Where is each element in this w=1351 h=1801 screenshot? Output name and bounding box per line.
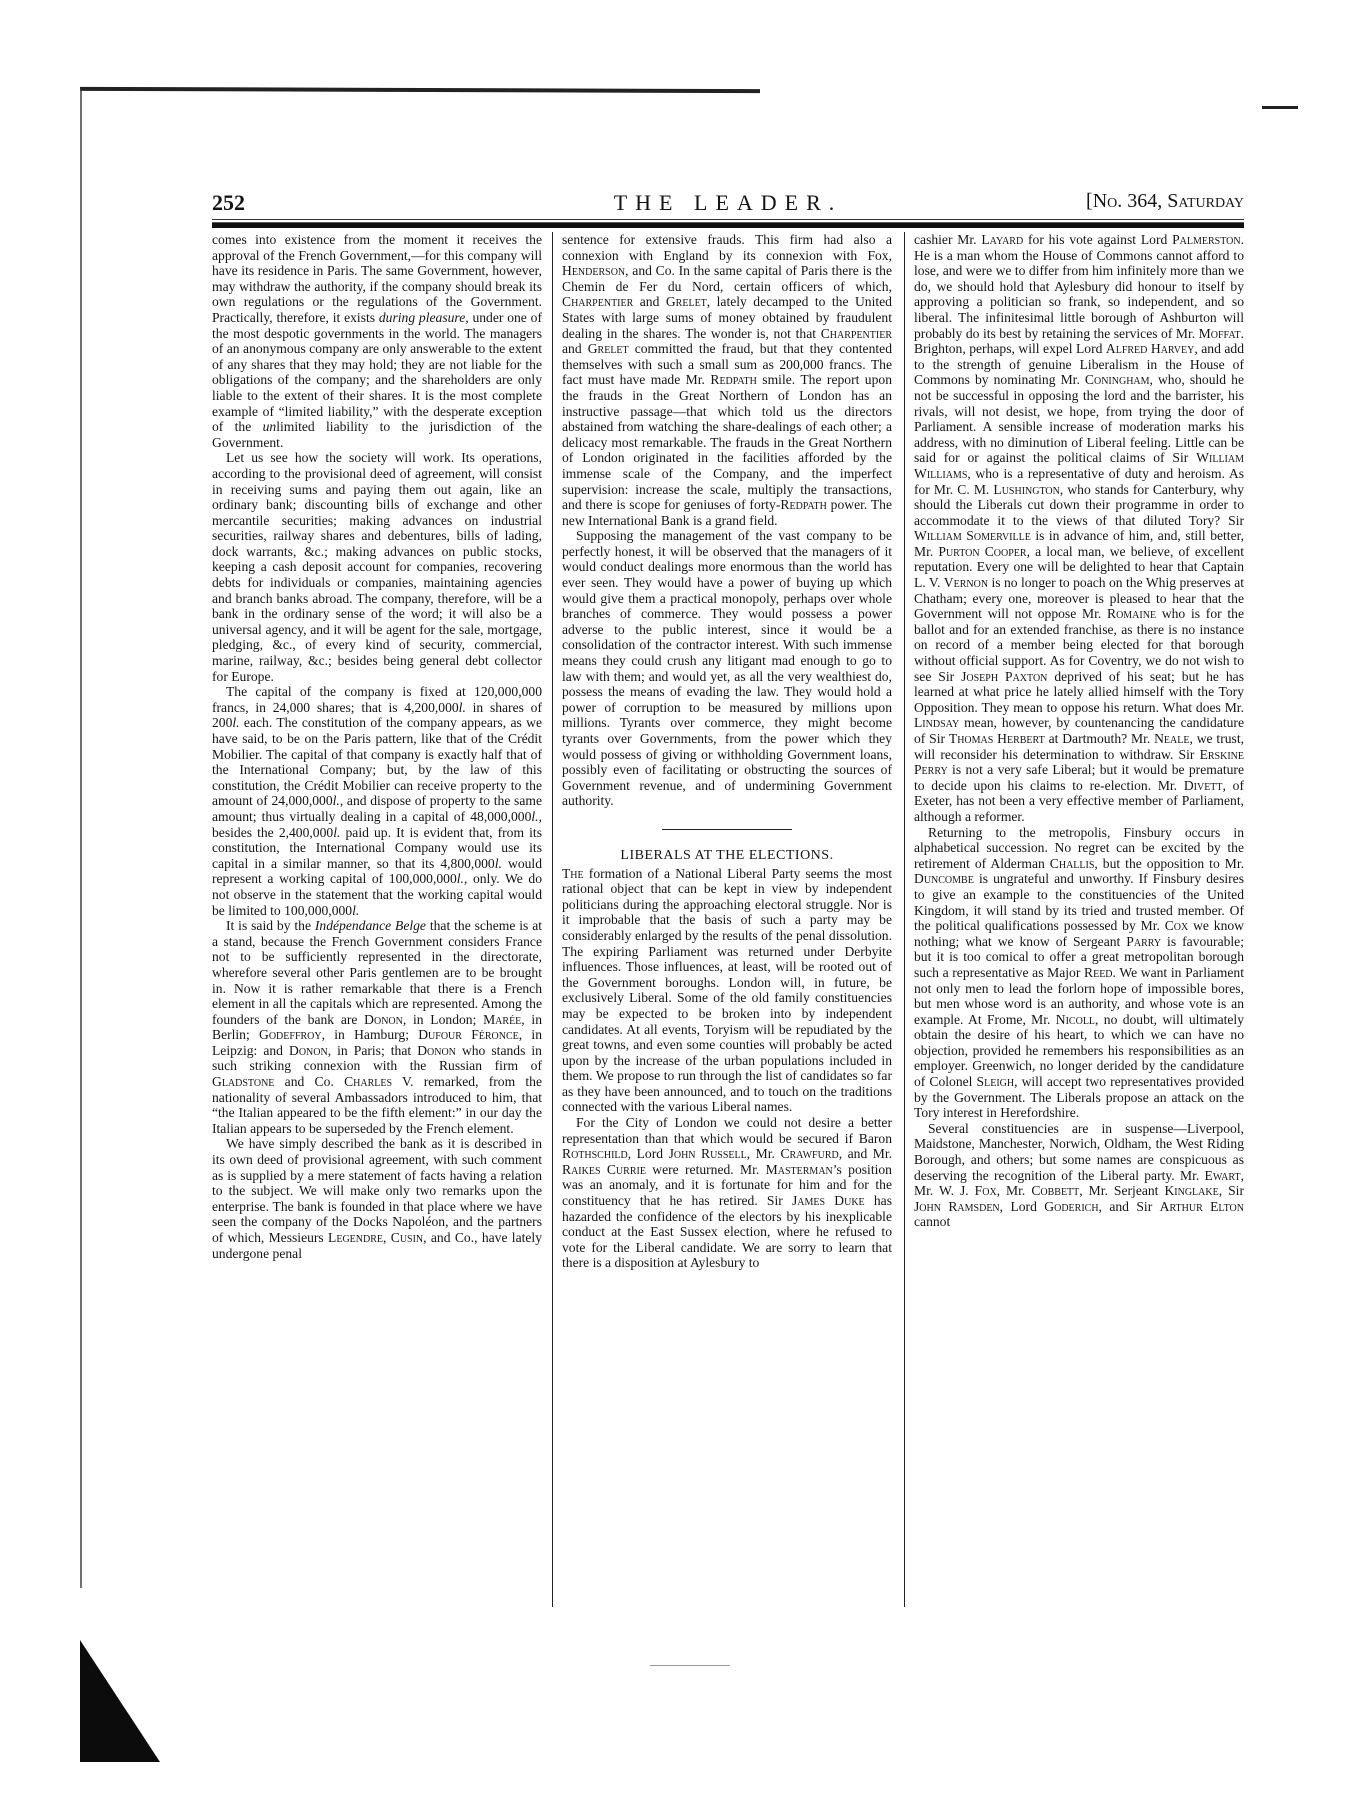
italic-text: l. [352, 903, 359, 918]
small-caps-name: Raikes Currie [562, 1162, 646, 1177]
small-caps-name: Reed [1084, 965, 1113, 980]
article-columns: comes into existence from the moment it … [212, 232, 1244, 1607]
italic-text: l. [333, 793, 340, 808]
small-caps-name: Coningham [1085, 372, 1150, 387]
small-caps-name: Moffat [1199, 326, 1241, 341]
small-caps-name: Grelet [588, 341, 629, 356]
article-paragraph: Several constituencies are in suspense—L… [914, 1121, 1244, 1230]
small-caps-name: Alfred Harvey [1106, 341, 1194, 356]
small-caps-name: Divett [1184, 778, 1223, 793]
small-caps-name: Godeffroy [259, 1027, 322, 1042]
small-caps-name: Erskine Perry [914, 747, 1244, 778]
italic-text: un [263, 419, 277, 434]
italic-text: l. [495, 856, 502, 871]
small-caps-name: Crawfurd [780, 1146, 838, 1161]
small-caps-name: Cusin [391, 1230, 423, 1245]
small-caps-name: Cox [1165, 918, 1189, 933]
section-heading: LIBERALS AT THE ELECTIONS. [562, 848, 892, 864]
section-divider [662, 829, 792, 830]
article-paragraph: The capital of the company is fixed at 1… [212, 684, 542, 918]
article-paragraph: The formation of a National Liberal Part… [562, 866, 892, 1116]
column-3: cashier Mr. Layard for his vote against … [914, 232, 1244, 1607]
small-caps-name: Parry [1126, 934, 1161, 949]
article-paragraph: sentence for extensive frauds. This firm… [562, 232, 892, 528]
small-caps-name: Challis [1050, 856, 1095, 871]
small-caps-name: Romaine [1107, 606, 1156, 621]
scan-edge-right [1262, 106, 1298, 109]
article-paragraph: Let us see how the society will work. It… [212, 450, 542, 684]
small-caps-name: Redpath [780, 497, 826, 512]
small-caps-name: Charpentier [821, 326, 892, 341]
italic-text: Indépendance Belge [315, 918, 426, 933]
small-caps-name: Sleigh [977, 1074, 1015, 1089]
article-paragraph: It is said by the Indépendance Belge tha… [212, 918, 542, 1136]
italic-text: l. [457, 871, 464, 886]
small-caps-name: Purton Cooper [938, 544, 1026, 559]
column-1: comes into existence from the moment it … [212, 232, 542, 1607]
small-caps-name: Masterman [766, 1162, 833, 1177]
small-caps-name: Arthur Elton [1160, 1199, 1244, 1214]
small-caps-name: Legendre [328, 1230, 383, 1245]
column-divider [552, 232, 553, 1607]
small-caps-name: Cobbett [1031, 1183, 1079, 1198]
issue-label: [No. 364, Saturday [1086, 190, 1244, 213]
italic-text: l. [531, 809, 538, 824]
small-caps-name: William Somerville [914, 528, 1031, 543]
small-caps-name: Lushington [993, 482, 1059, 497]
article-paragraph: cashier Mr. Layard for his vote against … [914, 232, 1244, 825]
article-paragraph: We have simply described the bank as it … [212, 1136, 542, 1261]
small-caps-name: The [562, 866, 584, 881]
scan-corner-shadow [80, 1640, 160, 1762]
small-caps-name: Donon [364, 1012, 403, 1027]
small-caps-name: Goderich [1044, 1199, 1098, 1214]
small-caps-name: Charpentier [562, 294, 633, 309]
page-header: 252 THE LEADER. [No. 364, Saturday [212, 190, 1244, 218]
small-caps-name: Grelet [666, 294, 707, 309]
article-paragraph: Supposing the management of the vast com… [562, 528, 892, 809]
small-caps-name: Charles V. [344, 1074, 413, 1089]
small-caps-name: Ewart [1205, 1168, 1241, 1183]
column-divider [904, 232, 905, 1607]
column-2: sentence for extensive frauds. This firm… [562, 232, 892, 1607]
small-caps-name: Fox [975, 1183, 997, 1198]
small-caps-name: William Williams [914, 450, 1244, 481]
small-caps-name: Vernon [944, 575, 988, 590]
small-caps-name: Joseph Paxton [961, 669, 1047, 684]
small-caps-name: John Ramsden [914, 1199, 1000, 1214]
small-caps-name: Redpath [710, 372, 756, 387]
scan-edge-left [80, 88, 82, 1588]
header-rule [212, 222, 1244, 228]
small-caps-name: Nicoll [1056, 1012, 1095, 1027]
italic-text: during pleasure, [379, 310, 469, 325]
small-caps-name: Donon [289, 1043, 328, 1058]
small-caps-name: Kinglake [1164, 1183, 1218, 1198]
small-caps-name: Henderson [562, 263, 625, 278]
small-caps-name: James Duke [792, 1193, 865, 1208]
small-caps-name: Rothschild [562, 1146, 628, 1161]
header-rule-thin [212, 219, 1244, 220]
small-caps-name: Gladstone [212, 1074, 274, 1089]
scan-footer-mark [650, 1665, 730, 1666]
italic-text: l. [459, 700, 466, 715]
scan-edge-top [80, 87, 760, 93]
small-caps-name: Marée [483, 1012, 521, 1027]
small-caps-name: Layard [981, 232, 1023, 247]
small-caps-name: John Russell [669, 1146, 747, 1161]
article-paragraph: comes into existence from the moment it … [212, 232, 542, 450]
small-caps-name: Neale [1154, 731, 1189, 746]
small-caps-name: Thomas Herbert [949, 731, 1045, 746]
small-caps-name: Palmerston [1172, 232, 1241, 247]
italic-text: l. [333, 825, 340, 840]
italic-text: l. [232, 715, 239, 730]
small-caps-name: Dufour Féronce [418, 1027, 519, 1042]
article-paragraph: Returning to the metropolis, Finsbury oc… [914, 825, 1244, 1121]
article-paragraph: For the City of London we could not desi… [562, 1115, 892, 1271]
small-caps-name: Donon [417, 1043, 456, 1058]
small-caps-name: Duncombe [914, 871, 974, 886]
small-caps-name: Lindsay [914, 715, 959, 730]
